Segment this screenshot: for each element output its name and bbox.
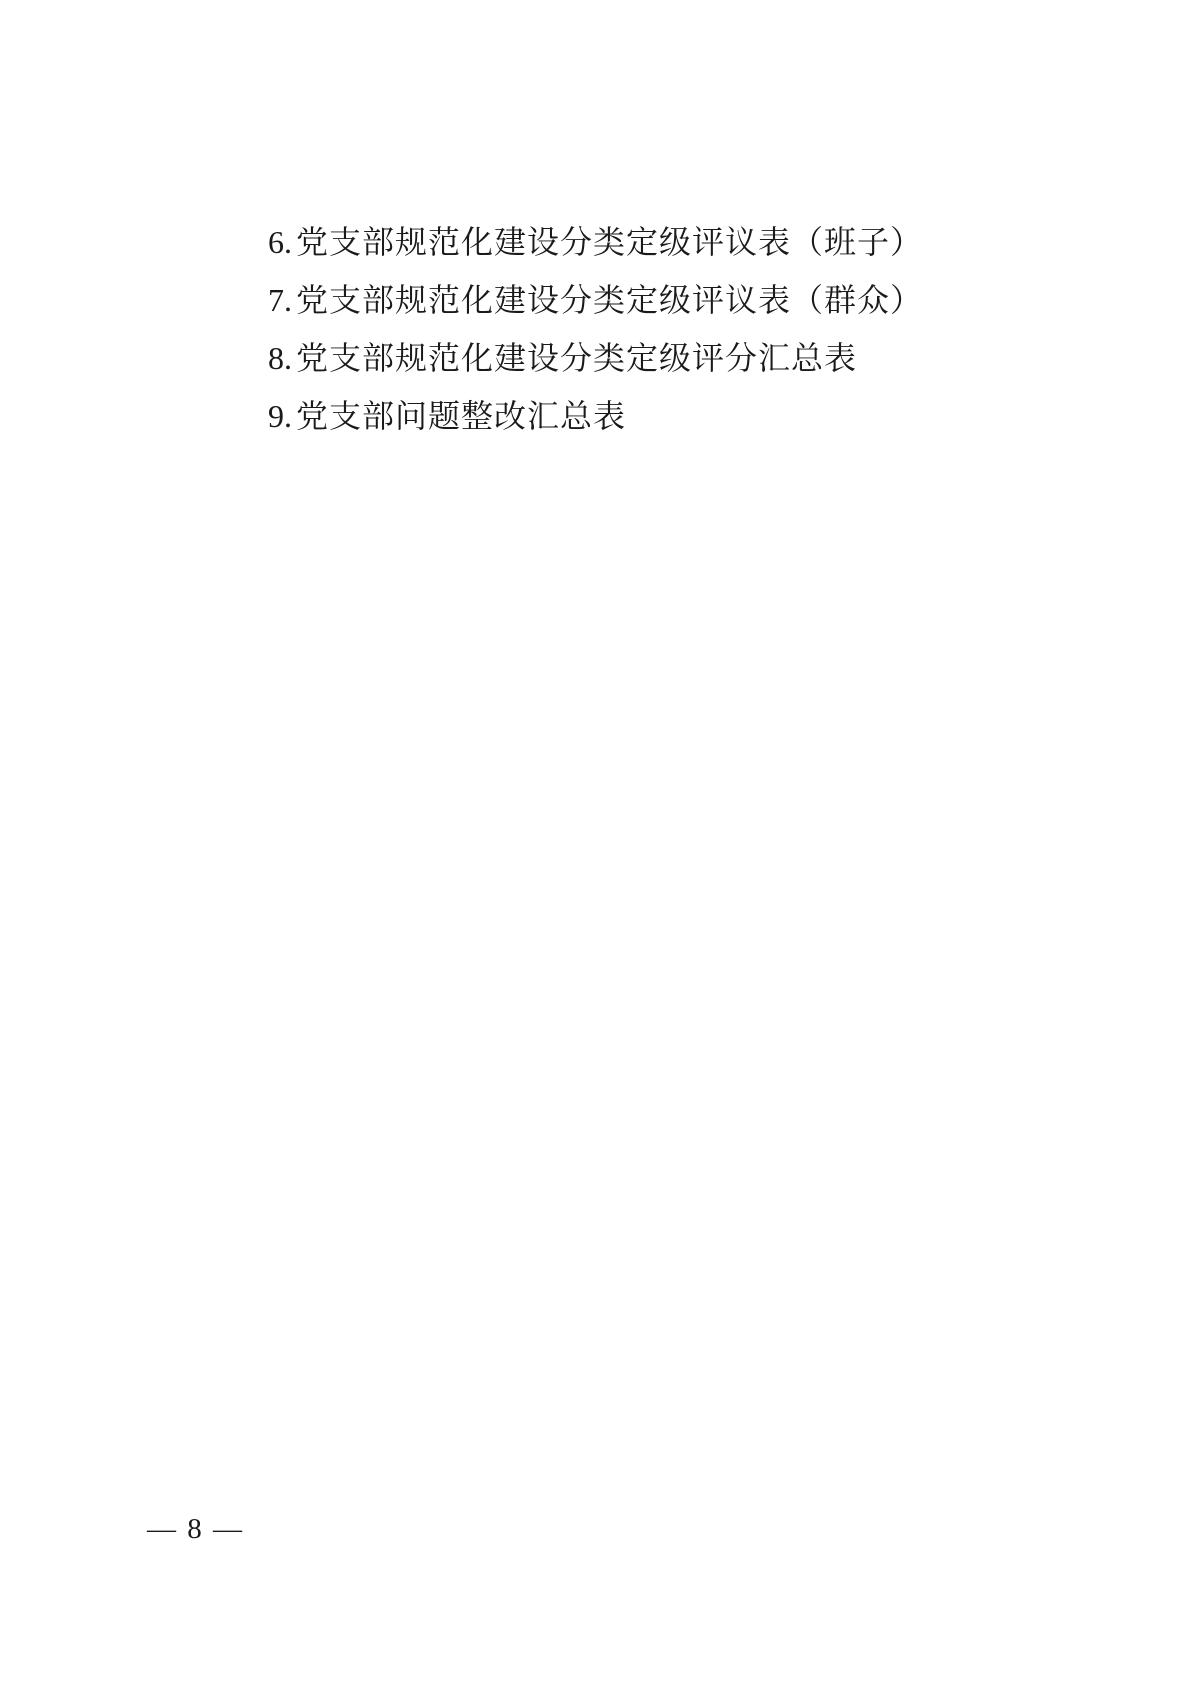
list-item: 9.党支部问题整改汇总表 [268, 387, 923, 445]
page-number: — 8 — [147, 1513, 244, 1545]
item-title: 党支部规范化建设分类定级评分汇总表 [296, 340, 857, 376]
attachment-list: 6.党支部规范化建设分类定级评议表（班子） 7.党支部规范化建设分类定级评议表（… [268, 213, 923, 445]
item-number: 9. [268, 398, 296, 434]
item-title: 党支部规范化建设分类定级评议表（班子） [296, 224, 923, 260]
item-number: 7. [268, 282, 296, 318]
item-number: 6. [268, 224, 296, 260]
item-title: 党支部问题整改汇总表 [296, 398, 626, 434]
item-title: 党支部规范化建设分类定级评议表（群众） [296, 282, 923, 318]
document-page: 6.党支部规范化建设分类定级评议表（班子） 7.党支部规范化建设分类定级评议表（… [0, 0, 1191, 1684]
list-item: 6.党支部规范化建设分类定级评议表（班子） [268, 213, 923, 271]
item-number: 8. [268, 340, 296, 376]
list-item: 8.党支部规范化建设分类定级评分汇总表 [268, 329, 923, 387]
page-footer: — 8 — [147, 1513, 244, 1545]
list-item: 7.党支部规范化建设分类定级评议表（群众） [268, 271, 923, 329]
